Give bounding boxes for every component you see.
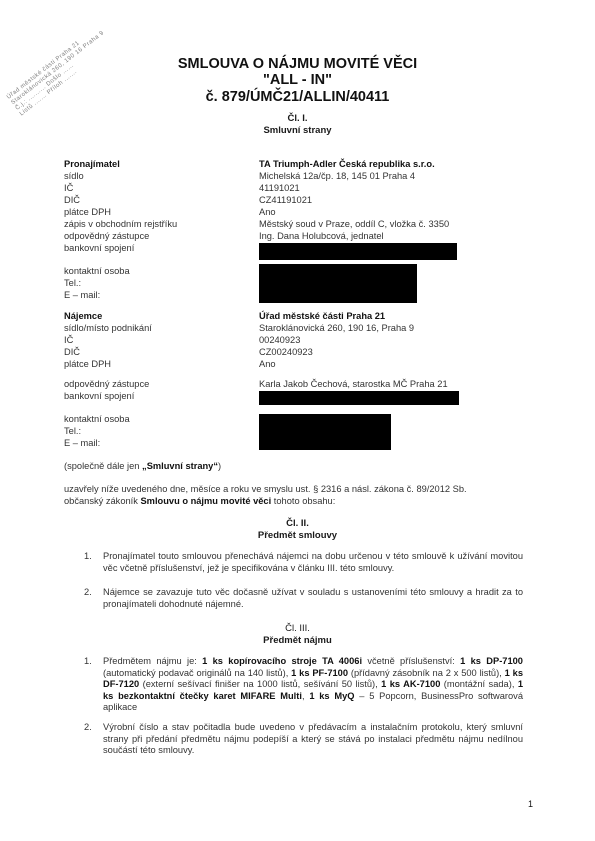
lessee-row-label: DIČ [64,347,80,357]
lessor-row-label: sídlo [64,171,84,181]
list-item: Výrobní číslo a stav počitadla bude uved… [103,722,523,757]
list-item-number: 2. [84,722,92,732]
article-1-number: Čl. I. [0,113,595,124]
list-item-number: 2. [84,587,92,597]
lessor-row-label: bankovní spojení [64,243,134,253]
parties-note: (společně dále jen „Smluvní strany“) [64,461,221,471]
lessee-row-label: odpovědný zástupce [64,379,149,389]
lessor-row-value: Michelská 12a/čp. 18, 145 01 Praha 4 [259,171,415,181]
list-item: Pronajímatel touto smlouvou přenechává n… [103,551,523,574]
lessee-row-label: IČ [64,335,73,345]
article-3-heading: Předmět nájmu [0,635,595,646]
lessor-contact-label: kontaktní osoba [64,266,130,276]
lessor-contact-label: E – mail: [64,290,100,300]
parties-note-prefix: (společně dále jen [64,461,142,471]
lessor-row-label: DIČ [64,195,80,205]
item-product-name: 1 ks AK-7100 [381,679,440,689]
item-product-name: 1 ks kopírovacího stroje TA 4006i [202,656,362,666]
lessee-contact-label: Tel.: [64,426,81,436]
lessee-row-label: bankovní spojení [64,391,134,401]
intro-line-2: občanský zákoník Smlouvu o nájmu movité … [64,496,335,506]
intro-prefix: občanský zákoník [64,496,140,506]
lessor-row-label: plátce DPH [64,207,111,217]
lessor-label: Pronajímatel [64,159,120,169]
item-product-name: 1 ks DP-7100 [460,656,523,666]
item-product-name: 1 ks PF-7100 [291,668,348,678]
redacted-bank-account [259,391,459,405]
article-2-heading: Předmět smlouvy [0,530,595,541]
lessee-row-value: Staroklánovická 260, 190 16, Praha 9 [259,323,414,333]
lessor-name: TA Triumph-Adler Česká republika s.r.o. [259,159,435,169]
lessor-row-value: Městský soud v Praze, oddíl C, vložka č.… [259,219,449,229]
redacted-contact-info [259,414,391,450]
lessor-row-value: CZ41191021 [259,195,312,205]
intro-line-1: uzavřely níže uvedeného dne, měsíce a ro… [64,484,467,494]
list-item-number: 1. [84,656,92,666]
article-3-number: Čl. III. [0,623,595,634]
lessee-contact-label: E – mail: [64,438,100,448]
lessee-contact-label: kontaktní osoba [64,414,130,424]
item-text: včetně příslušenství: [362,656,460,666]
lessee-row-value: 00240923 [259,335,300,345]
list-item-number: 1. [84,551,92,561]
document-title: SMLOUVA O NÁJMU MOVITÉ VĚCI [0,56,595,72]
parties-note-suffix: ) [218,461,221,471]
page-number: 1 [528,799,533,809]
list-item: Nájemce se zavazuje tuto věc dočasně uží… [103,587,523,610]
contract-number: č. 879/ÚMČ21/ALLIN/40411 [0,89,595,105]
intro-contract-name: Smlouvu o nájmu movité věci [140,496,271,506]
lessee-name: Úřad městské části Praha 21 [259,311,385,321]
lessor-row-value: 41191021 [259,183,300,193]
lessee-row-value: Ano [259,359,276,369]
redacted-contact-info [259,264,417,303]
item-text: (přídavný zásobník na 2 x 500 listů), [348,668,505,678]
document-subtitle: "ALL - IN" [0,72,595,88]
lessee-label: Nájemce [64,311,102,321]
lessee-row-value: CZ00240923 [259,347,313,357]
lessor-row-value: Ing. Dana Holubcová, jednatel [259,231,384,241]
item-text: (montážní sada), [440,679,517,689]
lessee-row-value: Karla Jakob Čechová, starostka MČ Praha … [259,379,448,389]
lessor-row-label: zápis v obchodním rejstříku [64,219,177,229]
lessor-row-label: IČ [64,183,73,193]
lessor-row-label: odpovědný zástupce [64,231,149,241]
item-text: (automatický podavač originálů na 140 li… [103,668,291,678]
redacted-bank-account [259,243,457,260]
intro-suffix: tohoto obsahu: [271,496,335,506]
lessee-row-label: plátce DPH [64,359,111,369]
item-text: Předmětem nájmu je: [103,656,202,666]
article-1-heading: Smluvní strany [0,125,595,136]
item-product-name: 1 ks MyQ [309,691,354,701]
lessor-contact-label: Tel.: [64,278,81,288]
lessee-row-label: sídlo/místo podnikání [64,323,152,333]
parties-note-term: „Smluvní strany“ [142,461,218,471]
list-item: Předmětem nájmu je: 1 ks kopírovacího st… [103,656,523,714]
item-text: (externí sešívací finišer na 1000 listů,… [139,679,381,689]
lessor-row-value: Ano [259,207,276,217]
article-2-number: Čl. II. [0,518,595,529]
